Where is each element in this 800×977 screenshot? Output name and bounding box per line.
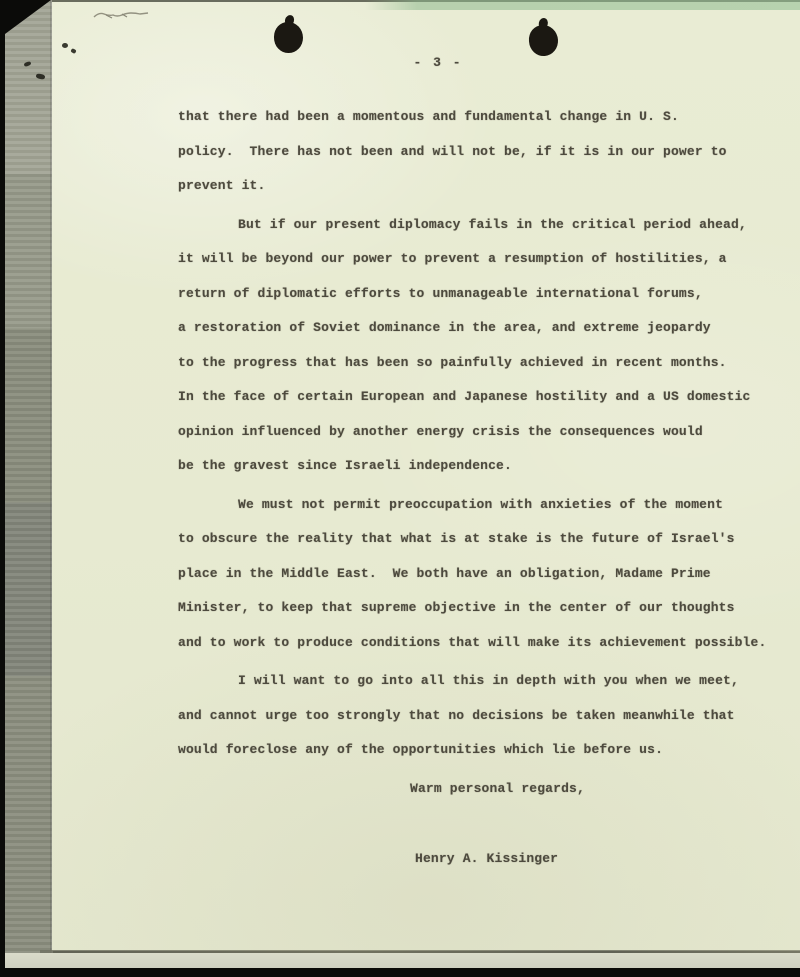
text-line: be the gravest since Israeli independenc… [178, 458, 512, 473]
signature-name: Henry A. Kissinger [178, 842, 778, 877]
text-line: policy. There has not been and will not … [178, 144, 727, 159]
text-line: I will want to go into all this in depth… [178, 673, 739, 688]
page-left-edge-shadow [5, 0, 53, 966]
text-line: that there had been a momentous and fund… [178, 109, 679, 124]
text-line: it will be beyond our power to prevent a… [178, 251, 727, 266]
paragraph: We must not permit preoccupation with an… [178, 488, 778, 661]
text-line: a restoration of Soviet dominance in the… [178, 320, 711, 335]
paragraph: I will want to go into all this in depth… [178, 664, 778, 768]
text-line: and cannot urge too strongly that no dec… [178, 708, 735, 723]
text-line: prevent it. [178, 178, 265, 193]
ink-speck [62, 43, 68, 48]
page-number: - 3 - [178, 55, 698, 70]
text-line: place in the Middle East. We both have a… [178, 566, 711, 581]
scanned-letter-page: - 3 - that there had been a momentous an… [0, 0, 800, 977]
text-line: But if our present diplomacy fails in th… [178, 217, 747, 232]
text-line: to the progress that has been so painful… [178, 355, 727, 370]
bottom-page-edge [5, 953, 800, 968]
punch-hole-left [274, 22, 303, 53]
paragraph: that there had been a momentous and fund… [178, 100, 778, 204]
signature-block: Warm personal regards, Henry A. Kissinge… [178, 772, 778, 877]
text-line: to obscure the reality that what is at s… [178, 531, 735, 546]
text-line: opinion influenced by another energy cri… [178, 424, 703, 439]
text-line: Minister, to keep that supreme objective… [178, 600, 735, 615]
letter-body: that there had been a momentous and fund… [178, 100, 778, 877]
text-line: In the face of certain European and Japa… [178, 389, 751, 404]
text-line: and to work to produce conditions that w… [178, 635, 687, 650]
closing-line: Warm personal regards, [178, 772, 778, 807]
scan-backdrop-bottom [0, 968, 800, 977]
text-line: would foreclose any of the opportunities… [178, 742, 663, 757]
pencil-mark [92, 8, 152, 24]
paragraph: But if our present diplomacy fails in th… [178, 208, 778, 484]
text-line: We must not permit preoccupation with an… [178, 497, 723, 512]
text-line: return of diplomatic efforts to unmanage… [178, 286, 703, 301]
text-line: possible. [695, 635, 767, 650]
scanner-green-band [365, 0, 800, 10]
